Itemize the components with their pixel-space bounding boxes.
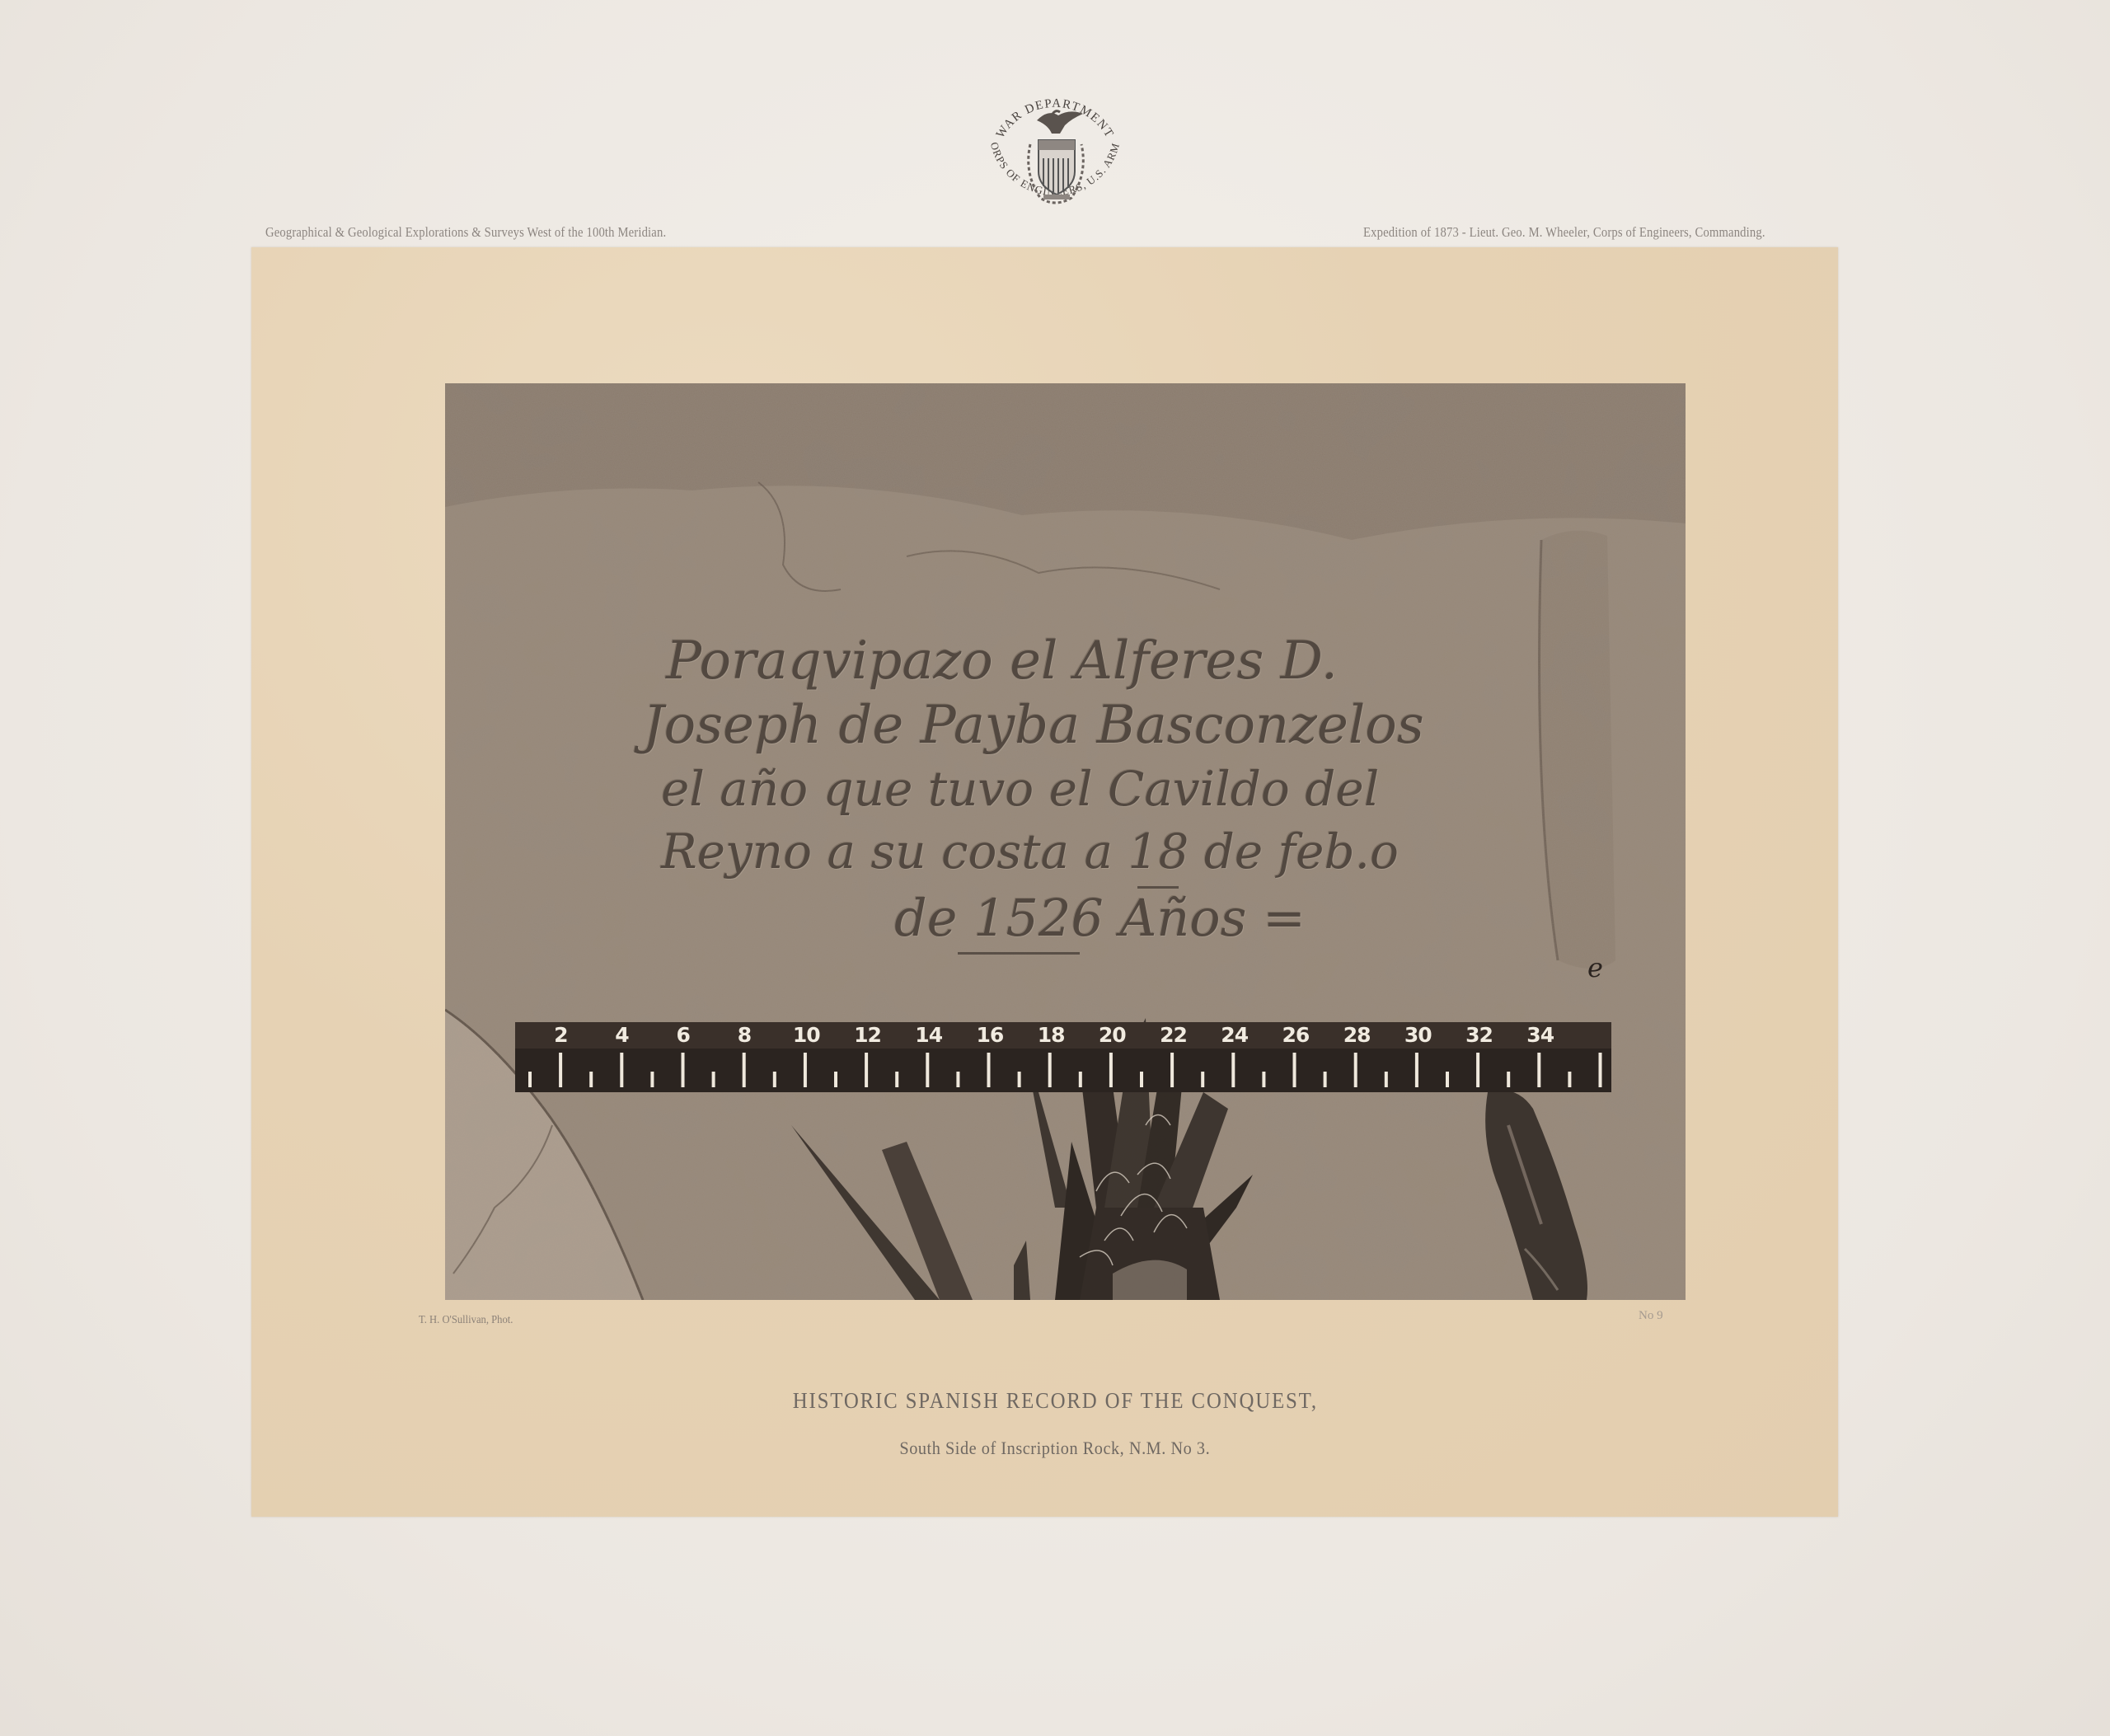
inscription-underline-year bbox=[958, 952, 1080, 955]
ruler-label-26: 26 bbox=[1282, 1023, 1310, 1047]
inscription-line-2: Joseph de Payba Basconzelos bbox=[643, 695, 1424, 756]
ruler-label-24: 24 bbox=[1221, 1023, 1248, 1047]
ruler-label-28: 28 bbox=[1343, 1023, 1371, 1047]
ruler-label-18: 18 bbox=[1038, 1023, 1065, 1047]
plate-number: No 9 bbox=[1639, 1309, 1663, 1323]
ruler-label-16: 16 bbox=[977, 1023, 1004, 1047]
plate-title: HISTORIC SPANISH RECORD OF THE CONQUEST, bbox=[0, 1388, 2110, 1414]
inscription-line-3: el año que tuvo el Cavildo del bbox=[661, 761, 1379, 817]
marginal-mark: e bbox=[1587, 952, 1603, 983]
inscription-underline-day bbox=[1137, 886, 1179, 889]
ruler-label-12: 12 bbox=[854, 1023, 881, 1047]
ruler-label-20: 20 bbox=[1099, 1023, 1126, 1047]
plate-subtitle-text: South Side of Inscription Rock, N.M. No … bbox=[900, 1438, 1211, 1459]
photographer-credit: T. H. O'Sullivan, Phot. bbox=[419, 1314, 513, 1327]
ruler-label-6: 6 bbox=[677, 1023, 690, 1047]
inscription-line-4: Reyno a su costa a 18 de feb.o bbox=[661, 823, 1399, 880]
ruler-label-30: 30 bbox=[1404, 1023, 1432, 1047]
ruler-label-32: 32 bbox=[1465, 1023, 1493, 1047]
inscription-line-1: Poraqvipazo el Alferes D. bbox=[666, 631, 1338, 692]
plate-subtitle: South Side of Inscription Rock, N.M. No … bbox=[0, 1438, 2110, 1459]
ruler-label-22: 22 bbox=[1160, 1023, 1187, 1047]
ruler-label-8: 8 bbox=[738, 1023, 751, 1047]
header-right-caption: Expedition of 1873 - Lieut. Geo. M. Whee… bbox=[1363, 224, 1765, 241]
ruler-label-10: 10 bbox=[793, 1023, 820, 1047]
ruler-label-34: 34 bbox=[1526, 1023, 1554, 1047]
eagle-shield-seal-icon: WAR DEPARTMENT CORPS OF ENGINEERS, U.S. … bbox=[973, 66, 1137, 231]
war-department-seal: WAR DEPARTMENT CORPS OF ENGINEERS, U.S. … bbox=[973, 66, 1137, 231]
inscription-photograph: e Poraqvipazo el Alferes D. Joseph de Pa… bbox=[445, 383, 1686, 1300]
ruler-label-4: 4 bbox=[615, 1023, 628, 1047]
ruler-label-14: 14 bbox=[915, 1023, 942, 1047]
plate-title-text: HISTORIC SPANISH RECORD OF THE CONQUEST, bbox=[792, 1388, 1317, 1414]
inscription-line-5: de 1526 Años = bbox=[894, 888, 1306, 948]
header-left-caption: Geographical & Geological Explorations &… bbox=[265, 224, 666, 241]
ruler-label-2: 2 bbox=[554, 1023, 567, 1047]
